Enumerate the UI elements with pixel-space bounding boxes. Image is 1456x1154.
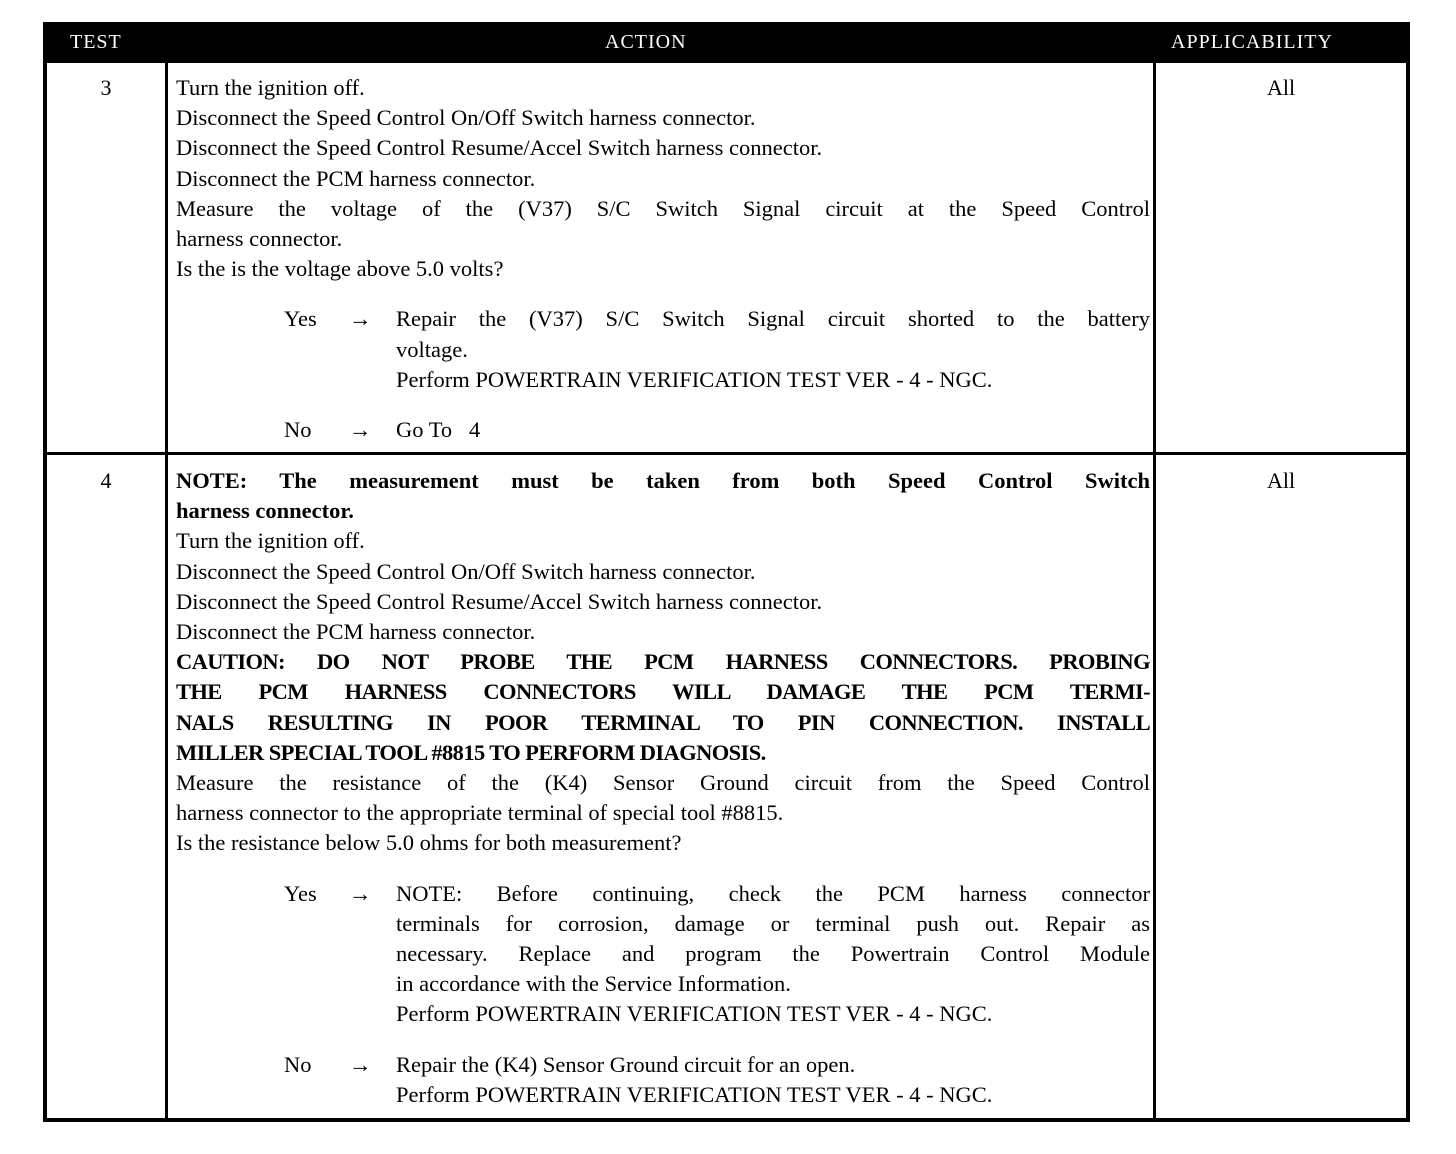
verification-link[interactable]: Perform POWERTRAIN VERIFICATION TEST VER… (396, 365, 1150, 395)
caution-text: NALS RESULTING IN POOR TERMINAL TO PIN C… (176, 708, 1150, 738)
action-cell: Turn the ignition off. Disconnect the Sp… (176, 73, 1150, 445)
header-action: ACTION (605, 31, 687, 54)
step-text: Disconnect the Speed Control On/Off Swit… (176, 557, 1150, 587)
note-text: NOTE: The measurement must be taken from… (176, 466, 1150, 496)
caution-text: MILLER SPECIAL TOOL #8815 TO PERFORM DIA… (176, 738, 1150, 768)
branch-text: NOTE: Before continuing, check the PCM h… (396, 879, 1150, 909)
arrow-right-icon: → (349, 415, 372, 445)
branch-text: necessary. Replace and program the Power… (396, 939, 1150, 969)
no-branch: No → Go To 4 (284, 415, 1150, 445)
step-text: Measure the resistance of the (K4) Senso… (176, 768, 1150, 798)
arrow-right-icon: → (349, 304, 372, 334)
caution-text: THE PCM HARNESS CONNECTORS WILL DAMAGE T… (176, 677, 1150, 707)
applicability-value: All (1156, 75, 1406, 101)
yes-label: Yes (284, 879, 317, 909)
branch-text: Repair the (K4) Sensor Ground circuit fo… (396, 1050, 1150, 1080)
question-text: Is the resistance below 5.0 ohms for bot… (176, 828, 1150, 858)
note-text: harness connector. (176, 496, 1150, 526)
branch-text: in accordance with the Service Informati… (396, 969, 1150, 999)
arrow-right-icon: → (349, 879, 372, 909)
question-text: Is the is the voltage above 5.0 volts? (176, 254, 1150, 284)
goto-link[interactable]: Go To 4 (396, 415, 1150, 445)
diagnostic-test-table: TEST ACTION APPLICABILITY 3 All Turn the… (43, 22, 1410, 1122)
step-text: Disconnect the Speed Control Resume/Acce… (176, 133, 1150, 163)
branch-text: voltage. (396, 335, 1150, 365)
header-applicability: APPLICABILITY (1171, 31, 1333, 54)
step-text: Turn the ignition off. (176, 526, 1150, 556)
step-text: Disconnect the PCM harness connector. (176, 617, 1150, 647)
step-text: harness connector to the appropriate ter… (176, 798, 1150, 828)
no-label: No (284, 1050, 312, 1080)
step-text: harness connector. (176, 224, 1150, 254)
table-row-test-4: 4 All NOTE: The measurement must be take… (47, 455, 1406, 1118)
yes-branch: Yes → Repair the (V37) S/C Switch Signal… (284, 304, 1150, 395)
step-text: Measure the voltage of the (V37) S/C Swi… (176, 194, 1150, 224)
verification-link[interactable]: Perform POWERTRAIN VERIFICATION TEST VER… (396, 1080, 1150, 1110)
table-row-test-3: 3 All Turn the ignition off. Disconnect … (47, 63, 1406, 452)
header-test: TEST (70, 31, 122, 54)
branch-text: terminals for corrosion, damage or termi… (396, 909, 1150, 939)
no-label: No (284, 415, 312, 445)
step-text: Turn the ignition off. (176, 73, 1150, 103)
test-number: 4 (47, 468, 165, 494)
table-header: TEST ACTION APPLICABILITY (43, 22, 1410, 63)
verification-link[interactable]: Perform POWERTRAIN VERIFICATION TEST VER… (396, 999, 1150, 1029)
applicability-value: All (1156, 468, 1406, 494)
yes-label: Yes (284, 304, 317, 334)
caution-text: CAUTION: DO NOT PROBE THE PCM HARNESS CO… (176, 647, 1150, 677)
no-branch: No → Repair the (K4) Sensor Ground circu… (284, 1050, 1150, 1110)
step-text: Disconnect the Speed Control On/Off Swit… (176, 103, 1150, 133)
action-cell: NOTE: The measurement must be taken from… (176, 466, 1150, 1110)
step-text: Disconnect the Speed Control Resume/Acce… (176, 587, 1150, 617)
yes-branch: Yes → NOTE: Before continuing, check the… (284, 879, 1150, 1030)
step-text: Disconnect the PCM harness connector. (176, 164, 1150, 194)
arrow-right-icon: → (349, 1050, 372, 1080)
test-number: 3 (47, 75, 165, 101)
branch-text: Repair the (V37) S/C Switch Signal circu… (396, 304, 1150, 334)
